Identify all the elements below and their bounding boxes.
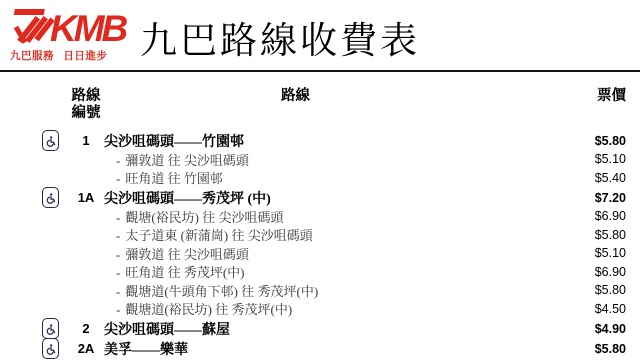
route-number: 2 xyxy=(68,321,104,336)
table-header-row: 路線 編號 路線 票價 xyxy=(0,88,640,122)
route-fare: $5.80 xyxy=(542,228,626,242)
route-fare: $4.50 xyxy=(542,302,626,316)
route-name: 尖沙咀碼頭——秀茂坪 (中) xyxy=(104,188,542,208)
kmb-logo-icon: KMB xyxy=(8,4,140,48)
table-row: -觀塘道(裕民坊) 往 秀茂坪(中) $4.50 xyxy=(0,300,640,319)
table-row: -觀塘道(牛頭角下邨) 往 秀茂坪(中) $5.80 xyxy=(0,281,640,300)
route-fare: $5.80 xyxy=(542,342,626,356)
column-header-route: 路線 xyxy=(104,88,542,105)
table-row: 2A 美孚——樂華 $5.80 xyxy=(0,338,640,358)
table-row: -彌敦道 往 尖沙咀碼頭 $5.10 xyxy=(0,244,640,263)
wheelchair-icon xyxy=(42,338,59,359)
header-divider xyxy=(0,70,640,72)
route-name: 美孚——樂華 xyxy=(104,339,542,359)
svg-text:KMB: KMB xyxy=(50,8,128,48)
route-fare: $7.20 xyxy=(542,191,626,205)
table-row: -旺角道 往 秀茂坪(中) $6.90 xyxy=(0,263,640,282)
table-row: 1A 尖沙咀碼頭——秀茂坪 (中) $7.20 xyxy=(0,187,640,207)
table-row: -觀塘(裕民坊) 往 尖沙咀碼頭 $6.90 xyxy=(0,207,640,226)
table-row: 1 尖沙咀碼頭——竹園邨 $5.80 xyxy=(0,130,640,150)
route-fare: $5.10 xyxy=(542,246,626,260)
sub-route-name: -旺角道 往 竹園邨 xyxy=(104,168,542,187)
sub-route-name: -觀塘道(牛頭角下邨) 往 秀茂坪(中) xyxy=(104,281,542,300)
page-title: 九巴路線收費表 xyxy=(140,10,420,64)
sub-route-name: -旺角道 往 秀茂坪(中) xyxy=(104,262,542,281)
route-number: 1A xyxy=(68,190,104,205)
route-name: 尖沙咀碼頭——蘇屋 xyxy=(104,319,542,339)
column-header-route-number: 路線 編號 xyxy=(68,88,104,122)
wheelchair-icon xyxy=(42,130,59,151)
sub-route-name: -觀塘道(裕民坊) 往 秀茂坪(中) xyxy=(104,299,542,318)
route-fare: $4.90 xyxy=(542,322,626,336)
route-fare: $5.10 xyxy=(542,152,626,166)
route-fare: $5.40 xyxy=(542,171,626,185)
wheelchair-icon xyxy=(42,318,59,339)
kmb-tagline: 九巴服務 日日進步 xyxy=(10,48,140,63)
kmb-logo: KMB 九巴服務 日日進步 xyxy=(8,4,140,62)
table-row: -彌敦道 往 尖沙咀碼頭 $5.10 xyxy=(0,150,640,169)
route-number: 2A xyxy=(68,341,104,356)
route-number: 1 xyxy=(68,133,104,148)
wheelchair-icon xyxy=(42,187,59,208)
table-row: -太子道東 (新蒲崗) 往 尖沙咀碼頭 $5.80 xyxy=(0,226,640,245)
fare-table-page: KMB 九巴服務 日日進步 九巴路線收費表 路線 編號 路線 票價 xyxy=(0,0,640,360)
route-name: 尖沙咀碼頭——竹園邨 xyxy=(104,131,542,151)
sub-route-name: -觀塘(裕民坊) 往 尖沙咀碼頭 xyxy=(104,207,542,226)
table-row: -旺角道 往 竹園邨 $5.40 xyxy=(0,169,640,188)
sub-route-name: -彌敦道 往 尖沙咀碼頭 xyxy=(104,244,542,263)
sub-route-name: -彌敦道 往 尖沙咀碼頭 xyxy=(104,150,542,169)
route-fare: $5.80 xyxy=(542,134,626,148)
sub-route-name: -太子道東 (新蒲崗) 往 尖沙咀碼頭 xyxy=(104,225,542,244)
column-header-fare: 票價 xyxy=(542,88,626,105)
page-header: KMB 九巴服務 日日進步 九巴路線收費表 xyxy=(0,0,640,70)
route-fare: $5.80 xyxy=(542,283,626,297)
table-row: 2 尖沙咀碼頭——蘇屋 $4.90 xyxy=(0,318,640,338)
route-fare: $6.90 xyxy=(542,265,626,279)
route-fare: $6.90 xyxy=(542,209,626,223)
fare-table: 路線 編號 路線 票價 1 尖沙咀碼頭——竹園邨 $5.80 xyxy=(0,88,640,358)
